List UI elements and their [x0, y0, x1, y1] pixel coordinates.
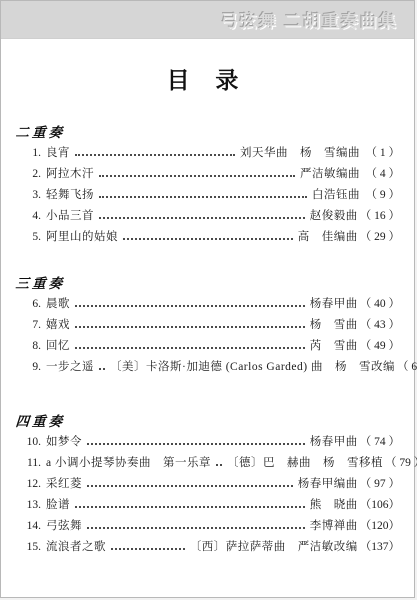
toc-section: 三重奏 6. 晨歌 杨春甲曲 （ 40 ） 7. 嬉戏 杨 雪曲 （ 43 ） …: [15, 272, 400, 378]
toc-entry: 5. 阿里山的姑娘 高 佳编曲 （ 29 ）: [15, 227, 400, 248]
entry-number: 9.: [15, 357, 41, 378]
section-entries: 1. 良宵 刘天华曲 杨 雪编曲 （ 1 ） 2. 阿拉木汗 严洁敏编曲 （ 4…: [15, 143, 400, 248]
dot-leader: [99, 361, 105, 370]
toc-page: 弓弦舞 二胡重奏曲集 目 录 二重奏 1. 良宵 刘天华曲 杨 雪编曲 （ 1 …: [0, 0, 415, 598]
entry-credit: 赵俊毅曲: [310, 206, 358, 227]
entry-credit: 杨春甲编曲: [298, 474, 358, 495]
entry-page-number: （ 43 ）: [360, 315, 400, 336]
entry-number: 6.: [15, 294, 41, 315]
dot-leader: [87, 520, 305, 529]
entry-number: 5.: [15, 227, 41, 248]
entry-page-number: （ 97 ）: [360, 474, 400, 495]
entry-credit: 〔美〕卡洛斯·加迪德 (Carlos Garded) 曲 杨 雪改编: [110, 357, 395, 378]
dot-leader: [87, 478, 293, 487]
toc-entry: 8. 回忆 芮 雪曲 （ 49 ）: [15, 336, 400, 357]
entry-page-number: （ 74 ）: [360, 432, 400, 453]
dot-leader: [75, 499, 305, 508]
entry-page-number: （ 49 ）: [360, 336, 400, 357]
entry-number: 4.: [15, 206, 41, 227]
entry-title: a 小调小提琴协奏曲 第一乐章: [46, 453, 211, 474]
entry-title: 晨歌: [46, 294, 70, 315]
toc-section: 四重奏 10. 如梦令 杨春甲曲 （ 74 ） 11. a 小调小提琴协奏曲 第…: [15, 410, 400, 558]
toc-title: 目 录: [1, 62, 414, 95]
entry-number: 11.: [15, 453, 41, 474]
dot-leader: [99, 210, 305, 219]
entry-title: 良宵: [46, 143, 70, 164]
dot-leader: [99, 189, 307, 198]
entry-page-number: （ 1 ）: [362, 143, 400, 164]
entry-title: 嬉戏: [46, 315, 70, 336]
running-title: 弓弦舞 二胡重奏曲集: [221, 7, 398, 32]
section-entries: 10. 如梦令 杨春甲曲 （ 74 ） 11. a 小调小提琴协奏曲 第一乐章 …: [15, 432, 400, 558]
dot-leader: [75, 319, 305, 328]
dot-leader: [75, 147, 235, 156]
entry-page-number: （ 9 ）: [362, 185, 400, 206]
entry-credit: 李博禅曲: [310, 516, 358, 537]
entry-page-number: （ 16 ）: [360, 206, 400, 227]
toc-entry: 2. 阿拉木汗 严洁敏编曲 （ 4 ）: [15, 164, 400, 185]
entry-title: 采红菱: [46, 474, 82, 495]
section-label: 三重奏: [15, 272, 66, 292]
entry-number: 7.: [15, 315, 41, 336]
toc-entry: 4. 小品三首 赵俊毅曲 （ 16 ）: [15, 206, 400, 227]
entry-title: 回忆: [46, 336, 70, 357]
entry-page-number: （ 40 ）: [360, 294, 400, 315]
entry-credit: 白浩钰曲: [312, 185, 360, 206]
toc-entry: 14. 弓弦舞 李博禅曲 （120）: [15, 516, 400, 537]
toc-entry: 3. 轻舞飞扬 白浩钰曲 （ 9 ）: [15, 185, 400, 206]
dot-leader: [99, 168, 295, 177]
toc-section: 二重奏 1. 良宵 刘天华曲 杨 雪编曲 （ 1 ） 2. 阿拉木汗 严洁敏编曲…: [15, 121, 400, 248]
entry-page-number: （ 4 ）: [362, 164, 400, 185]
toc-entry: 11. a 小调小提琴协奏曲 第一乐章 〔德〕巴 赫曲 杨 雪移植 （ 79 ）: [15, 453, 400, 474]
section-entries: 6. 晨歌 杨春甲曲 （ 40 ） 7. 嬉戏 杨 雪曲 （ 43 ） 8. 回…: [15, 294, 400, 378]
dot-leader: [75, 298, 305, 307]
entry-credit: 杨春甲曲: [310, 432, 358, 453]
toc-entry: 9. 一步之遥 〔美〕卡洛斯·加迪德 (Carlos Garded) 曲 杨 雪…: [15, 357, 400, 378]
dot-leader: [216, 457, 222, 466]
entry-number: 12.: [15, 474, 41, 495]
section-label: 四重奏: [15, 410, 66, 430]
entry-number: 10.: [15, 432, 41, 453]
entry-number: 3.: [15, 185, 41, 206]
entry-page-number: （106）: [360, 495, 400, 516]
entry-title: 弓弦舞: [46, 516, 82, 537]
entry-page-number: （137）: [360, 537, 400, 558]
toc-entry: 6. 晨歌 杨春甲曲 （ 40 ）: [15, 294, 400, 315]
entry-credit: 芮 雪曲: [310, 336, 358, 357]
entry-page-number: （120）: [360, 516, 400, 537]
entry-number: 15.: [15, 537, 41, 558]
entry-title: 流浪者之歌: [46, 537, 106, 558]
entry-title: 轻舞飞扬: [46, 185, 94, 206]
dot-leader: [75, 340, 305, 349]
toc-entry: 1. 良宵 刘天华曲 杨 雪编曲 （ 1 ）: [15, 143, 400, 164]
entry-credit: 高 佳编曲: [298, 227, 358, 248]
section-label: 二重奏: [15, 121, 66, 141]
entry-title: 阿拉木汗: [46, 164, 94, 185]
entry-credit: 熊 晓曲: [310, 495, 358, 516]
entry-page-number: （ 79 ）: [385, 453, 417, 474]
dot-leader: [87, 436, 305, 445]
entry-credit: 〔德〕巴 赫曲 杨 雪移植: [227, 453, 383, 474]
toc-entry: 13. 脸谱 熊 晓曲 （106）: [15, 495, 400, 516]
toc-entry: 7. 嬉戏 杨 雪曲 （ 43 ）: [15, 315, 400, 336]
entry-number: 8.: [15, 336, 41, 357]
dot-leader: [111, 541, 185, 550]
entry-number: 14.: [15, 516, 41, 537]
entry-page-number: （ 29 ）: [360, 227, 400, 248]
entry-title: 小品三首: [46, 206, 94, 227]
toc-entry: 12. 采红菱 杨春甲编曲 （ 97 ）: [15, 474, 400, 495]
toc-content: 二重奏 1. 良宵 刘天华曲 杨 雪编曲 （ 1 ） 2. 阿拉木汗 严洁敏编曲…: [1, 121, 414, 558]
entry-title: 阿里山的姑娘: [46, 227, 118, 248]
entry-title: 一步之遥: [46, 357, 94, 378]
entry-title: 如梦令: [46, 432, 82, 453]
entry-number: 1.: [15, 143, 41, 164]
header-bar: 弓弦舞 二胡重奏曲集: [1, 1, 414, 39]
entry-credit: 杨春甲曲: [310, 294, 358, 315]
entry-page-number: （ 65 ）: [397, 357, 417, 378]
entry-credit: 严洁敏编曲: [300, 164, 360, 185]
toc-entry: 10. 如梦令 杨春甲曲 （ 74 ）: [15, 432, 400, 453]
dot-leader: [123, 231, 293, 240]
entry-title: 脸谱: [46, 495, 70, 516]
entry-number: 13.: [15, 495, 41, 516]
entry-credit: 刘天华曲 杨 雪编曲: [240, 143, 360, 164]
toc-entry: 15. 流浪者之歌 〔西〕萨拉萨蒂曲 严洁敏改编 （137）: [15, 537, 400, 558]
entry-credit: 杨 雪曲: [310, 315, 358, 336]
entry-credit: 〔西〕萨拉萨蒂曲 严洁敏改编: [190, 537, 358, 558]
entry-number: 2.: [15, 164, 41, 185]
